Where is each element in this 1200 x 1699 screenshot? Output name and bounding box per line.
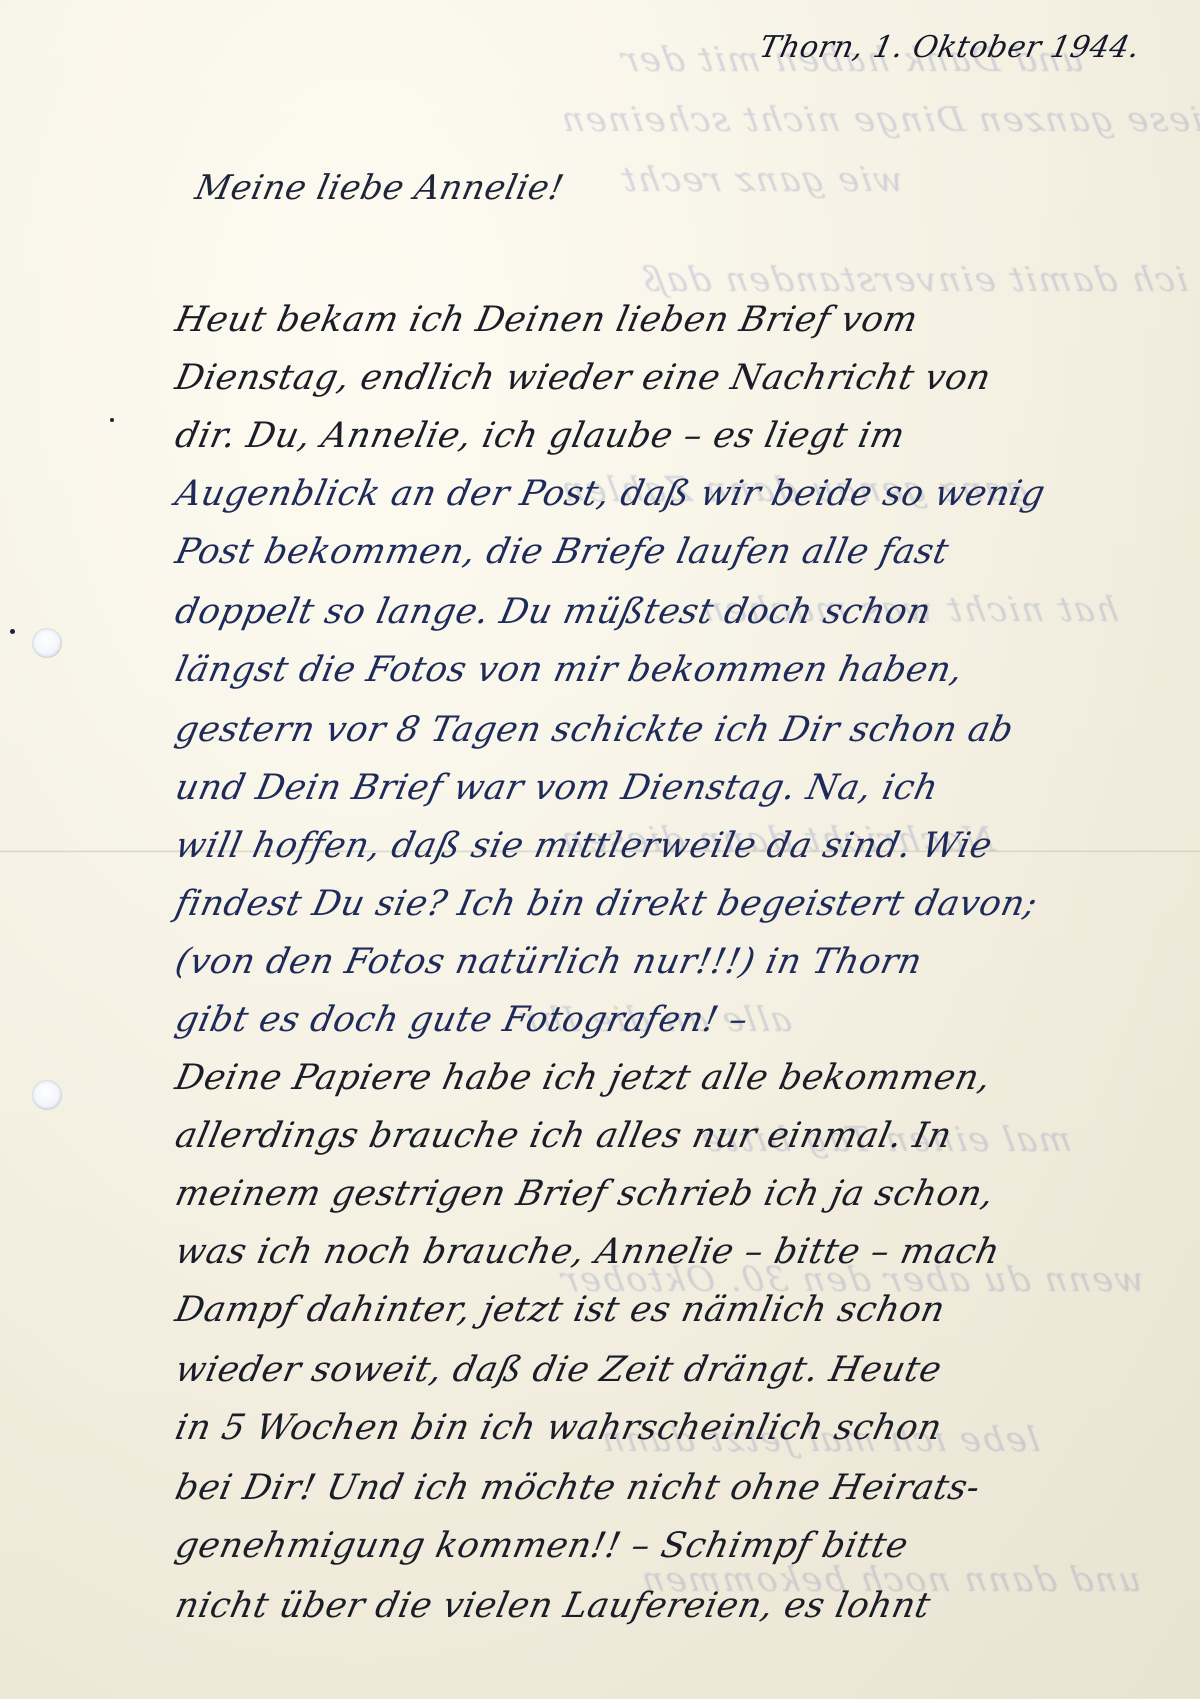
salutation: Meine liebe Annelie! (192, 168, 568, 208)
body-line: gestern vor 8 Tagen schickte ich Dir sch… (172, 710, 1017, 750)
body-line: doppelt so lange. Du müßtest doch schon (172, 592, 935, 632)
body-line: Augenblick an der Post, daß wir beide so… (172, 474, 1049, 514)
ink-speck (110, 418, 114, 422)
letter-page: und Dank haben mit der diese ganzen Ding… (0, 0, 1200, 1699)
body-line: dir. Du, Annelie, ich glaube – es liegt … (172, 416, 909, 456)
body-line: und Dein Brief war vom Dienstag. Na, ich (172, 768, 942, 808)
body-line: Post bekommen, die Briefe laufen alle fa… (172, 532, 953, 572)
body-line: Deine Papiere habe ich jetzt alle bekomm… (172, 1058, 995, 1098)
body-line: will hoffen, daß sie mittlerweile da sin… (172, 826, 996, 866)
body-line: längst die Fotos von mir bekommen haben, (172, 650, 967, 690)
body-line: Dienstag, endlich wieder eine Nachricht … (172, 358, 995, 398)
body-line: genehmigung kommen!! – Schimpf bitte (172, 1526, 912, 1566)
body-line: Heut bekam ich Deinen lieben Brief vom (172, 300, 922, 340)
bleed-through-text: ich damit einverstanden daß (636, 260, 1190, 300)
body-line: gibt es doch gute Fotografen! – (172, 1000, 752, 1040)
place-date: Thorn, 1. Oktober 1944. (756, 30, 1143, 65)
body-line: wieder soweit, daß die Zeit drängt. Heut… (172, 1350, 946, 1390)
body-line: nicht über die vielen Laufereien, es loh… (172, 1586, 934, 1626)
body-line: bei Dir! Und ich möchte nicht ohne Heira… (172, 1468, 984, 1508)
body-line: Dampf dahinter, jetzt ist es nämlich sch… (172, 1290, 949, 1330)
body-line: meinem gestrigen Brief schrieb ich ja sc… (172, 1174, 998, 1214)
punch-hole-bottom (32, 1080, 62, 1110)
body-line: in 5 Wochen bin ich wahrscheinlich schon (172, 1408, 946, 1448)
ink-speck (10, 629, 15, 634)
bleed-through-text: wie ganz recht (616, 160, 906, 200)
punch-hole-top (32, 628, 62, 658)
bleed-through-text: diese ganzen Dinge nicht scheinen (556, 100, 1200, 140)
body-line: allerdings brauche ich alles nur einmal.… (172, 1116, 956, 1156)
body-line: was ich noch brauche, Annelie – bitte – … (172, 1232, 1004, 1272)
body-line: (von den Fotos natürlich nur!!!) in Thor… (172, 942, 926, 982)
body-line: findest Du sie? Ich bin direkt begeister… (172, 884, 1041, 924)
